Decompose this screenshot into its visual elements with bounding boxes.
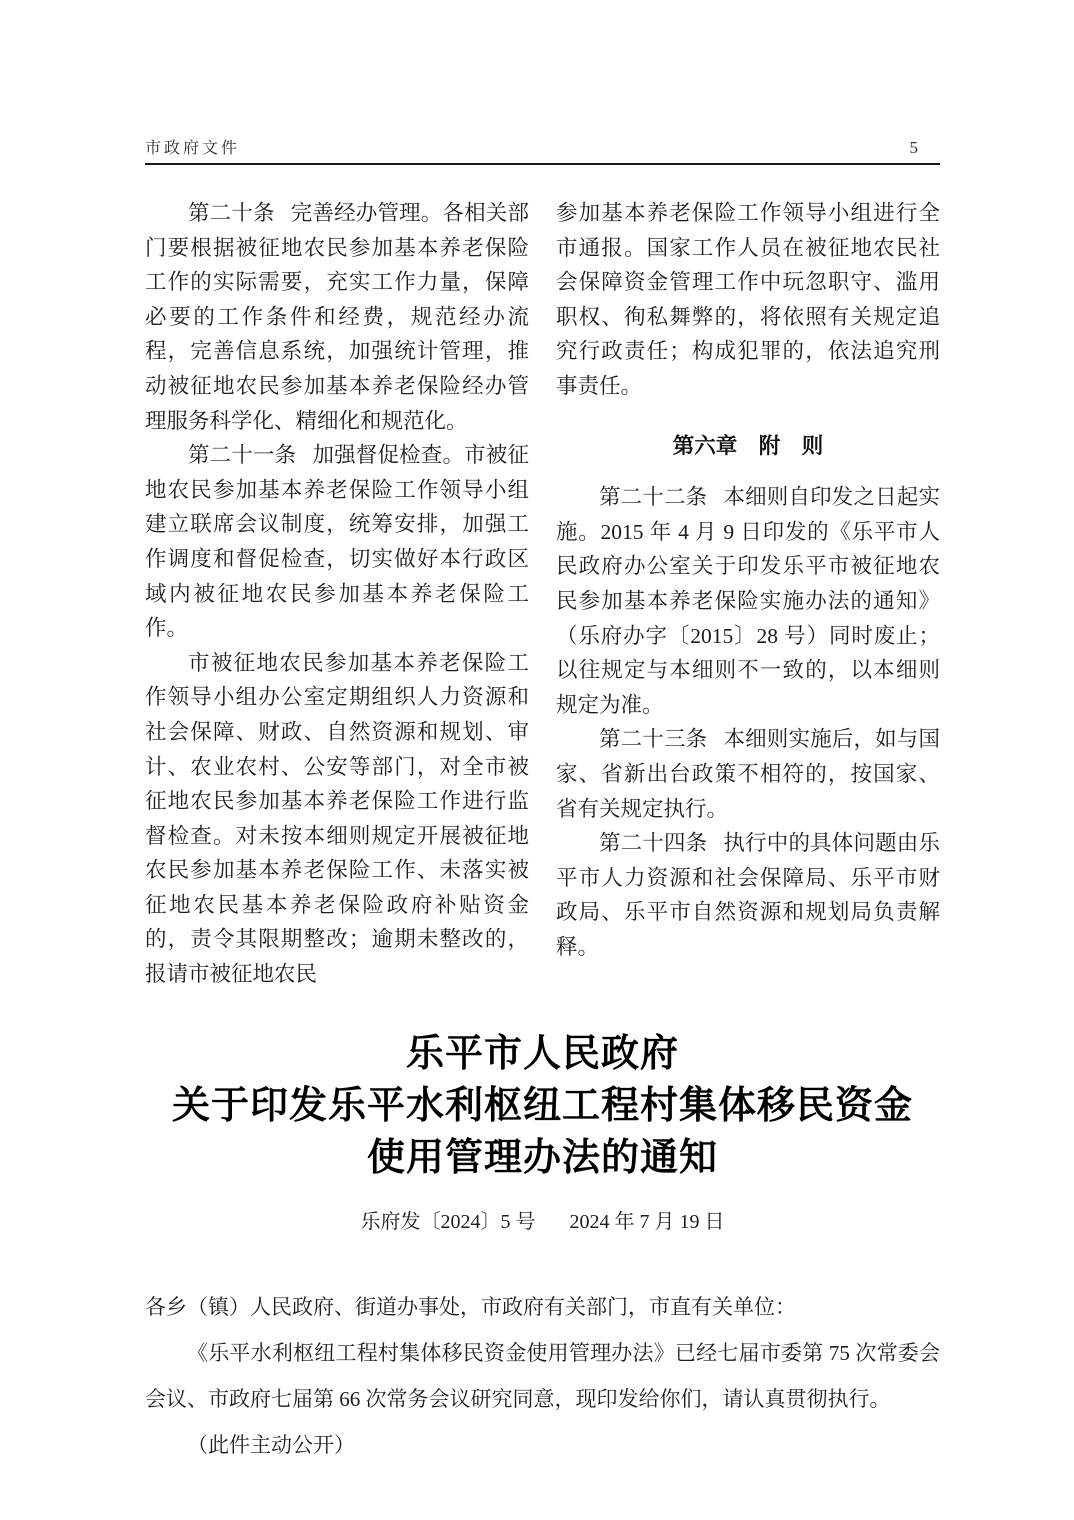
left-column: 第二十条完善经办管理。各相关部门要根据被征地农民参加基本养老保险工作的实际需要，…	[145, 196, 529, 992]
notice-title-line-1: 乐平市人民政府	[145, 1028, 940, 1080]
article-22-number: 第二十二条	[599, 485, 707, 509]
article-20-paragraph: 第二十条完善经办管理。各相关部门要根据被征地农民参加基本养老保险工作的实际需要，…	[145, 196, 529, 438]
notice-salutation: 各乡（镇）人民政府、街道办事处，市政府有关部门，市直有关单位：	[145, 1284, 940, 1330]
article-21-paragraph: 第二十一条加强督促检查。市被征地农民参加基本养老保险工作领导小组建立联席会议制度…	[145, 438, 529, 646]
article-23-paragraph: 第二十三条本细则实施后，如与国家、省新出台政策不相符的，按国家、省有关规定执行。	[556, 722, 940, 826]
page-number: 5	[910, 138, 919, 158]
supervision-paragraph: 市被征地农民参加基本养老保险工作领导小组办公室定期组织人力资源和社会保障、财政、…	[145, 646, 529, 992]
article-21-text: 加强督促检查。市被征地农民参加基本养老保险工作领导小组建立联席会议制度，统筹安排…	[145, 443, 529, 640]
right-column: 参加基本养老保险工作领导小组进行全市通报。国家工作人员在被征地农民社会保障资金管…	[556, 196, 940, 992]
notice-body-paragraph: 《乐平水利枢纽工程村集体移民资金使用管理办法》已经七届市委第 75 次常委会会议…	[145, 1330, 940, 1422]
article-22-text: 本细则自印发之日起实施。2015 年 4 月 9 日印发的《乐平市人民政府办公室…	[556, 485, 940, 717]
document-page: 市政府文件 5 第二十条完善经办管理。各相关部门要根据被征地农民参加基本养老保险…	[0, 0, 1074, 1520]
article-21-number: 第二十一条	[188, 443, 296, 467]
article-20-number: 第二十条	[188, 201, 275, 225]
notice-body: 各乡（镇）人民政府、街道办事处，市政府有关部门，市直有关单位： 《乐平水利枢纽工…	[145, 1284, 940, 1468]
supervision-text-continued: 参加基本养老保险工作领导小组进行全市通报。国家工作人员在被征地农民社会保障资金管…	[556, 201, 940, 398]
notice-date: 2024 年 7 月 19 日	[570, 1205, 725, 1234]
chapter-6-heading: 第六章 附 则	[556, 429, 940, 464]
article-24-paragraph: 第二十四条执行中的具体问题由乐平市人力资源和社会保障局、乐平市财政局、乐平市自然…	[556, 826, 940, 964]
notice-title: 乐平市人民政府 关于印发乐平水利枢纽工程村集体移民资金 使用管理办法的通知	[145, 1028, 940, 1184]
notice-title-line-2: 关于印发乐平水利枢纽工程村集体移民资金	[145, 1080, 940, 1132]
notice-doc-number: 乐府发〔2024〕5 号	[361, 1205, 536, 1234]
header-doc-type: 市政府文件	[145, 135, 240, 158]
supervision-paragraph-continued: 参加基本养老保险工作领导小组进行全市通报。国家工作人员在被征地农民社会保障资金管…	[556, 196, 940, 404]
notice-meta: 乐府发〔2024〕5 号 2024 年 7 月 19 日	[145, 1205, 940, 1234]
article-20-text: 完善经办管理。各相关部门要根据被征地农民参加基本养老保险工作的实际需要，充实工作…	[145, 201, 529, 433]
article-24-number: 第二十四条	[599, 831, 707, 855]
notice-publicity-note: （此件主动公开）	[145, 1422, 940, 1468]
notice-title-line-3: 使用管理办法的通知	[145, 1132, 940, 1184]
two-column-body: 第二十条完善经办管理。各相关部门要根据被征地农民参加基本养老保险工作的实际需要，…	[145, 196, 940, 992]
supervision-text: 市被征地农民参加基本养老保险工作领导小组办公室定期组织人力资源和社会保障、财政、…	[145, 651, 529, 986]
article-23-number: 第二十三条	[599, 727, 707, 751]
page-header: 市政府文件 5	[145, 135, 940, 165]
article-22-paragraph: 第二十二条本细则自印发之日起实施。2015 年 4 月 9 日印发的《乐平市人民…	[556, 480, 940, 722]
